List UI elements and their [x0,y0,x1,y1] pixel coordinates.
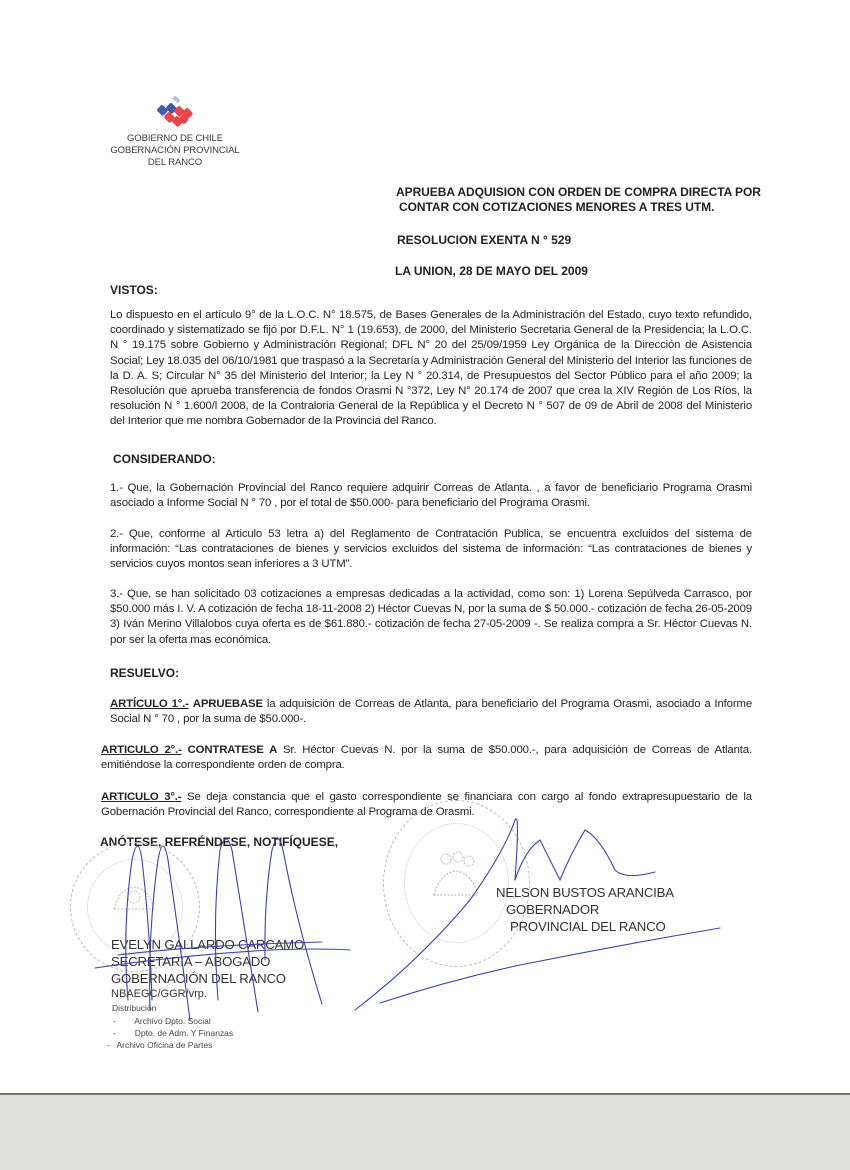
title-line-1: APRUEBA ADQUISION CON ORDEN DE COMPRA DI… [396,185,761,200]
article-1-verb: APRUEBASE [193,698,263,710]
place-date: LA UNION, 28 DE MAYO DEL 2009 [395,264,588,278]
distribution-item-2: - Dpto. de Adm. Y Finanzas [113,1028,233,1038]
document-title: APRUEBA ADQUISION CON ORDEN DE COMPRA DI… [396,185,761,215]
considerando-heading: CONSIDERANDO: [113,452,216,466]
chile-government-logo-icon [153,96,197,130]
distribution-item-3: - Archivo Oficina de Partes [107,1040,212,1050]
org-line-1: GOBIERNO DE CHILE [100,133,250,145]
left-signatory: EVELYN GALLARDO CARCAMO SECRETARIA – ABO… [111,936,304,987]
organization-header: GOBIERNO DE CHILE GOBERNACIÓN PROVINCIAL… [100,96,250,169]
coat-of-arms-icon [109,879,159,919]
article-1: ARTÍCULO 1°.- APRUEBASE la adquisición d… [110,697,752,727]
right-signatory: NELSON BUSTOS ARANCIBA GOBERNADOR PROVIN… [496,884,674,935]
article-2: ARTICULO 2°.- CONTRATESE A Sr. Héctor Cu… [101,743,752,773]
distribution-title: Distribución [112,1003,156,1013]
considerando-item-1: 1.- Que, la Gobernación Provincial del R… [110,481,752,511]
vistos-text: Lo dispuesto en el artículo 9° de la L.O… [110,308,752,430]
right-signatory-org: PROVINCIAL DEL RANCO [496,918,674,935]
title-line-2: CONTAR CON COTIZACIONES MENORES A TRES U… [396,200,761,215]
left-signatory-name: EVELYN GALLARDO CARCAMO [111,936,304,953]
left-signatory-role: SECRETARIA – ABOGADO [111,953,304,970]
right-signatory-name: NELSON BUSTOS ARANCIBA [496,884,674,901]
resuelvo-heading: RESUELVO: [110,666,179,680]
left-signatory-org: GOBERNACIÓN DEL RANCO [111,970,304,987]
resolution-number: RESOLUCION EXENTA N ° 529 [397,233,571,247]
org-line-2: GOBERNACIÓN PROVINCIAL [100,145,250,157]
org-line-3: DEL RANCO [100,157,250,169]
considerando-item-2: 2.- Que, conforme al Articulo 53 letra a… [110,527,752,573]
reference-initials: NBAEGC/GGR/vrp. [111,988,207,1000]
article-2-label: ARTICULO 2°.- [101,744,182,756]
coat-of-arms-icon [426,847,486,907]
article-1-label: ARTÍCULO 1°.- [110,698,189,710]
distribution-item-1: - Archivo Dpto. Social [113,1016,211,1026]
considerando-item-3: 3.- Que, se han solicitado 03 cotizacion… [110,587,752,648]
vistos-heading: VISTOS: [110,283,158,297]
article-3-label: ARTICULO 3°.- [101,791,181,803]
scan-margin-band [0,1093,850,1170]
right-signatory-role: GOBERNADOR [496,901,674,918]
article-2-verb: CONTRATESE A [188,744,278,756]
